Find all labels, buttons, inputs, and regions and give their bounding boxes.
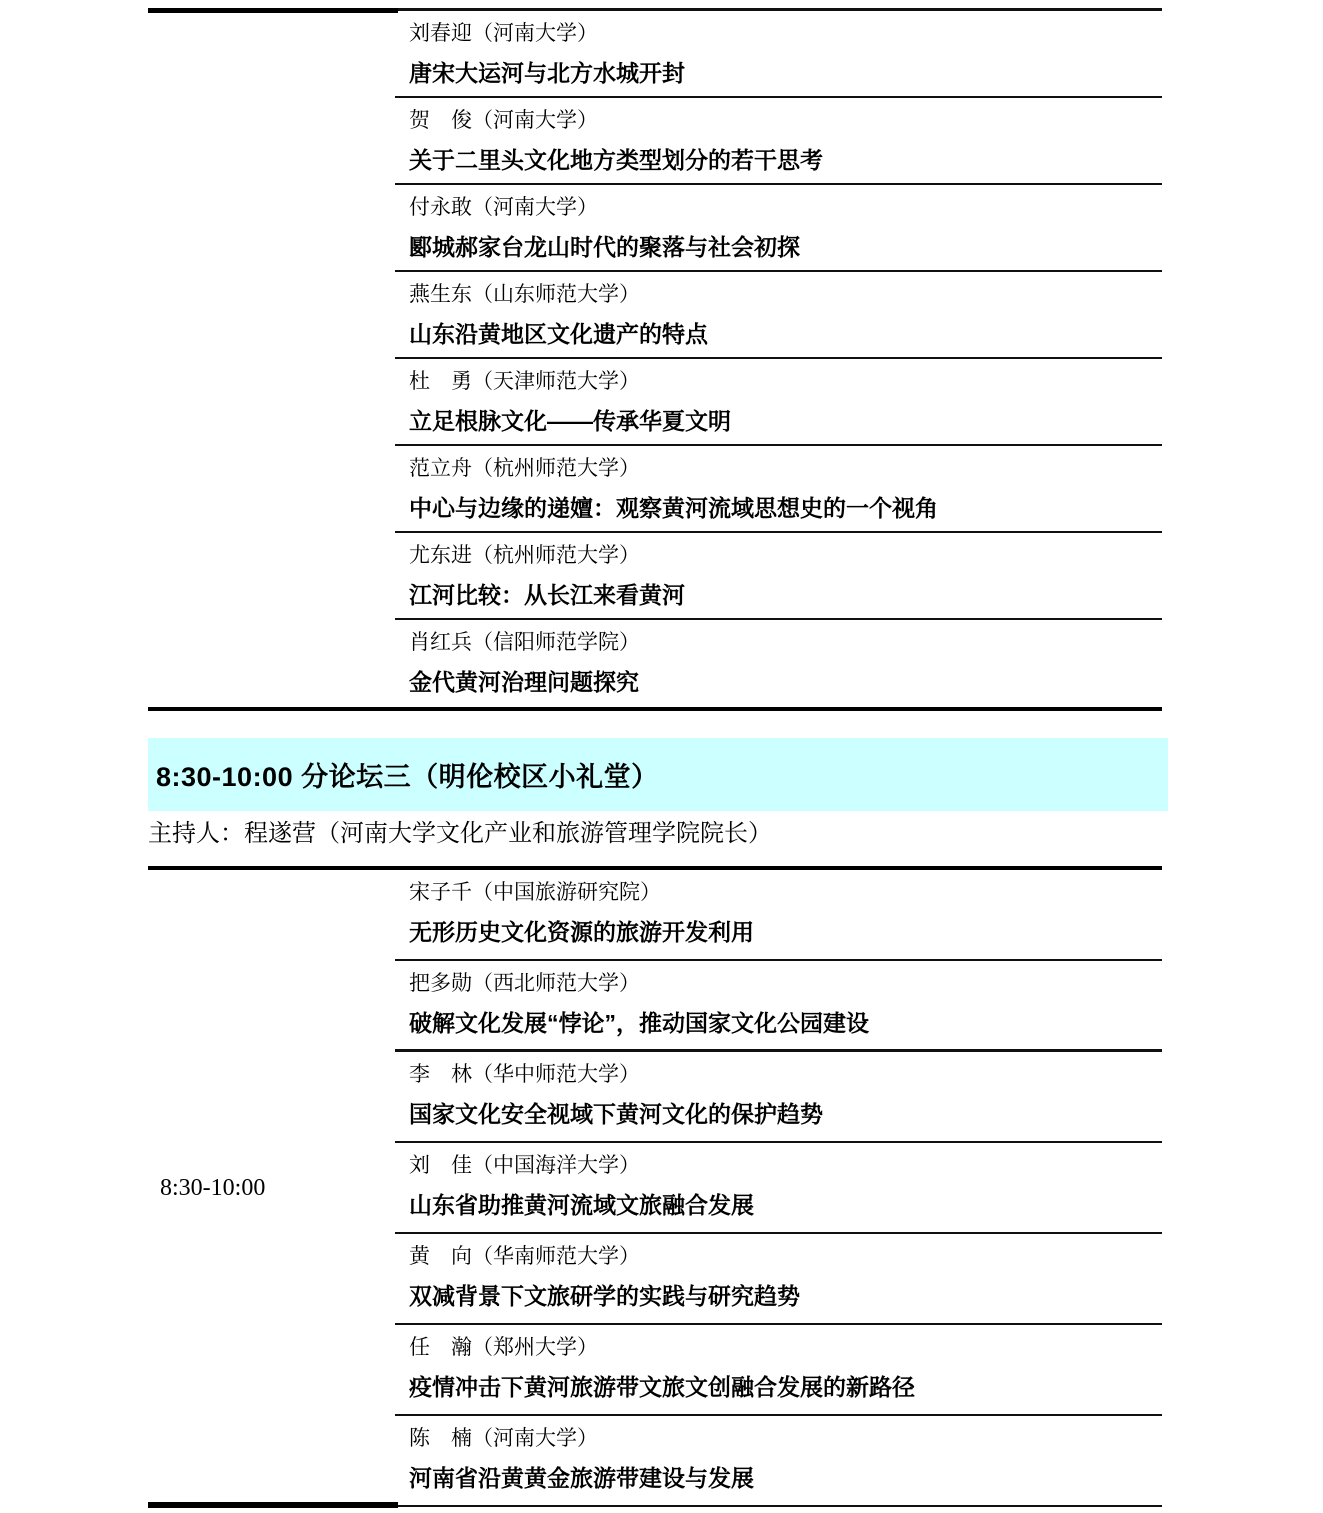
- talk-title: 河南省沿黄黄金旅游带建设与发展: [409, 1464, 1162, 1494]
- session3-table: 8:30-10:00 宋子千（中国旅游研究院）无形历史文化资源的旅游开发利用把多…: [148, 866, 1162, 1507]
- speaker-name: 杜 勇（天津师范大学）: [409, 368, 1162, 394]
- talk-title: 山东沿黄地区文化遗产的特点: [409, 320, 1162, 350]
- speaker-name: 陈 楠（河南大学）: [409, 1425, 1162, 1451]
- agenda-row: 黄 向（华南师范大学）双减背景下文旅研学的实践与研究趋势: [395, 1234, 1162, 1325]
- talk-title: 山东省助推黄河流域文旅融合发展: [409, 1191, 1162, 1221]
- speaker-name: 燕生东（山东师范大学）: [409, 281, 1162, 307]
- talk-title: 无形历史文化资源的旅游开发利用: [409, 918, 1162, 948]
- session3-time: 8:30-10:00: [160, 1175, 265, 1202]
- agenda-row: 肖红兵（信阳师范学院）金代黄河治理问题探究: [395, 620, 1162, 707]
- previous-session-rows: 刘春迎（河南大学）唐宋大运河与北方水城开封贺 俊（河南大学）关于二里头文化地方类…: [395, 11, 1162, 707]
- agenda-row: 刘春迎（河南大学）唐宋大运河与北方水城开封: [395, 11, 1162, 98]
- agenda-row: 付永敢（河南大学）郾城郝家台龙山时代的聚落与社会初探: [395, 185, 1162, 272]
- agenda-row: 任 瀚（郑州大学）疫情冲击下黄河旅游带文旅文创融合发展的新路径: [395, 1325, 1162, 1416]
- agenda-row: 宋子千（中国旅游研究院）无形历史文化资源的旅游开发利用: [395, 870, 1162, 961]
- agenda-row: 贺 俊（河南大学）关于二里头文化地方类型划分的若干思考: [395, 98, 1162, 185]
- talk-title: 关于二里头文化地方类型划分的若干思考: [409, 146, 1162, 176]
- agenda-row: 陈 楠（河南大学）河南省沿黄黄金旅游带建设与发展: [395, 1416, 1162, 1507]
- talk-title: 双减背景下文旅研学的实践与研究趋势: [409, 1282, 1162, 1312]
- speaker-name: 黄 向（华南师范大学）: [409, 1243, 1162, 1269]
- talk-title: 疫情冲击下黄河旅游带文旅文创融合发展的新路径: [409, 1373, 1162, 1403]
- talk-title: 江河比较：从长江来看黄河: [409, 581, 1162, 611]
- talk-title: 国家文化安全视域下黄河文化的保护趋势: [409, 1100, 1162, 1130]
- session3-header-bar: 8:30-10:00 分论坛三（明伦校区小礼堂）: [148, 738, 1168, 811]
- agenda-row: 尤东进（杭州师范大学）江河比较：从长江来看黄河: [395, 533, 1162, 620]
- speaker-name: 刘 佳（中国海洋大学）: [409, 1152, 1162, 1178]
- talk-title: 立足根脉文化——传承华夏文明: [409, 407, 1162, 437]
- agenda-row: 燕生东（山东师范大学）山东沿黄地区文化遗产的特点: [395, 272, 1162, 359]
- agenda-row: 杜 勇（天津师范大学）立足根脉文化——传承华夏文明: [395, 359, 1162, 446]
- speaker-name: 贺 俊（河南大学）: [409, 107, 1162, 133]
- conference-program-page: 刘春迎（河南大学）唐宋大运河与北方水城开封贺 俊（河南大学）关于二里头文化地方类…: [148, 8, 1162, 1507]
- talk-title: 金代黄河治理问题探究: [409, 668, 1162, 698]
- speaker-name: 把多勋（西北师范大学）: [409, 970, 1162, 996]
- session3-host-line: 主持人：程遂营（河南大学文化产业和旅游管理学院院长）: [148, 819, 1162, 849]
- agenda-row: 李 林（华中师范大学）国家文化安全视域下黄河文化的保护趋势: [395, 1052, 1162, 1143]
- previous-session-table: 刘春迎（河南大学）唐宋大运河与北方水城开封贺 俊（河南大学）关于二里头文化地方类…: [148, 8, 1162, 711]
- talk-title: 破解文化发展“悖论”，推动国家文化公园建设: [409, 1009, 1162, 1039]
- session3-rows: 宋子千（中国旅游研究院）无形历史文化资源的旅游开发利用把多勋（西北师范大学）破解…: [395, 870, 1162, 1507]
- talk-title: 唐宋大运河与北方水城开封: [409, 59, 1162, 89]
- session3-header-text: 8:30-10:00 分论坛三（明伦校区小礼堂）: [156, 755, 659, 794]
- speaker-name: 李 林（华中师范大学）: [409, 1061, 1162, 1087]
- talk-title: 郾城郝家台龙山时代的聚落与社会初探: [409, 233, 1162, 263]
- speaker-name: 任 瀚（郑州大学）: [409, 1334, 1162, 1360]
- previous-session-time-cell: [148, 11, 395, 707]
- speaker-name: 刘春迎（河南大学）: [409, 20, 1162, 46]
- speaker-name: 范立舟（杭州师范大学）: [409, 455, 1162, 481]
- agenda-row: 刘 佳（中国海洋大学）山东省助推黄河流域文旅融合发展: [395, 1143, 1162, 1234]
- speaker-name: 宋子千（中国旅游研究院）: [409, 879, 1162, 905]
- agenda-row: 范立舟（杭州师范大学）中心与边缘的递嬗：观察黄河流域思想史的一个视角: [395, 446, 1162, 533]
- speaker-name: 付永敢（河南大学）: [409, 194, 1162, 220]
- speaker-name: 肖红兵（信阳师范学院）: [409, 629, 1162, 655]
- talk-title: 中心与边缘的递嬗：观察黄河流域思想史的一个视角: [409, 494, 1162, 524]
- session3-time-cell: 8:30-10:00: [148, 870, 395, 1507]
- agenda-row: 把多勋（西北师范大学）破解文化发展“悖论”，推动国家文化公园建设: [395, 961, 1162, 1052]
- speaker-name: 尤东进（杭州师范大学）: [409, 542, 1162, 568]
